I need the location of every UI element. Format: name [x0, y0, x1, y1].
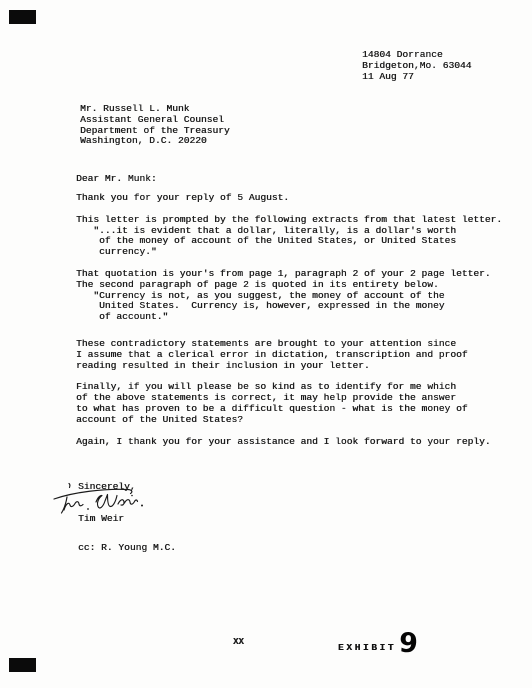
- exhibit-label: EXHIBIT: [338, 635, 396, 653]
- page-number-mark: XX: [233, 637, 244, 648]
- paragraph-request: Finally, if you will please be so kind a…: [76, 382, 502, 425]
- letter-page: 14804 Dorrance Bridgeton,Mo. 63044 11 Au…: [0, 0, 532, 688]
- paragraph-closing-thanks: Again, I thank you for your assistance a…: [76, 437, 502, 448]
- scan-mark-top-left: [9, 10, 36, 24]
- cc-line: cc: R. Young M.C.: [78, 543, 176, 554]
- scan-mark-bottom-left: [9, 658, 36, 672]
- paragraph-extract-1: This letter is prompted by the following…: [76, 215, 502, 258]
- typed-name: Tim Weir: [78, 514, 124, 525]
- recipient-address: Mr. Russell L. Munk Assistant General Co…: [80, 104, 230, 147]
- paragraph-contradiction: These contradictory statements are broug…: [76, 339, 502, 371]
- salutation: Dear Mr. Munk:: [76, 174, 157, 185]
- letter-body: Thank you for your reply of 5 August. Th…: [76, 193, 502, 458]
- sender-address: 14804 Dorrance Bridgeton,Mo. 63044 11 Au…: [362, 50, 471, 82]
- exhibit-number: 9: [398, 630, 418, 658]
- exhibit-stamp: EXHIBIT 9: [338, 630, 418, 657]
- paragraph-thanks: Thank you for your reply of 5 August.: [76, 193, 502, 204]
- paragraph-extract-2: That quotation is your's from page 1, pa…: [76, 269, 502, 323]
